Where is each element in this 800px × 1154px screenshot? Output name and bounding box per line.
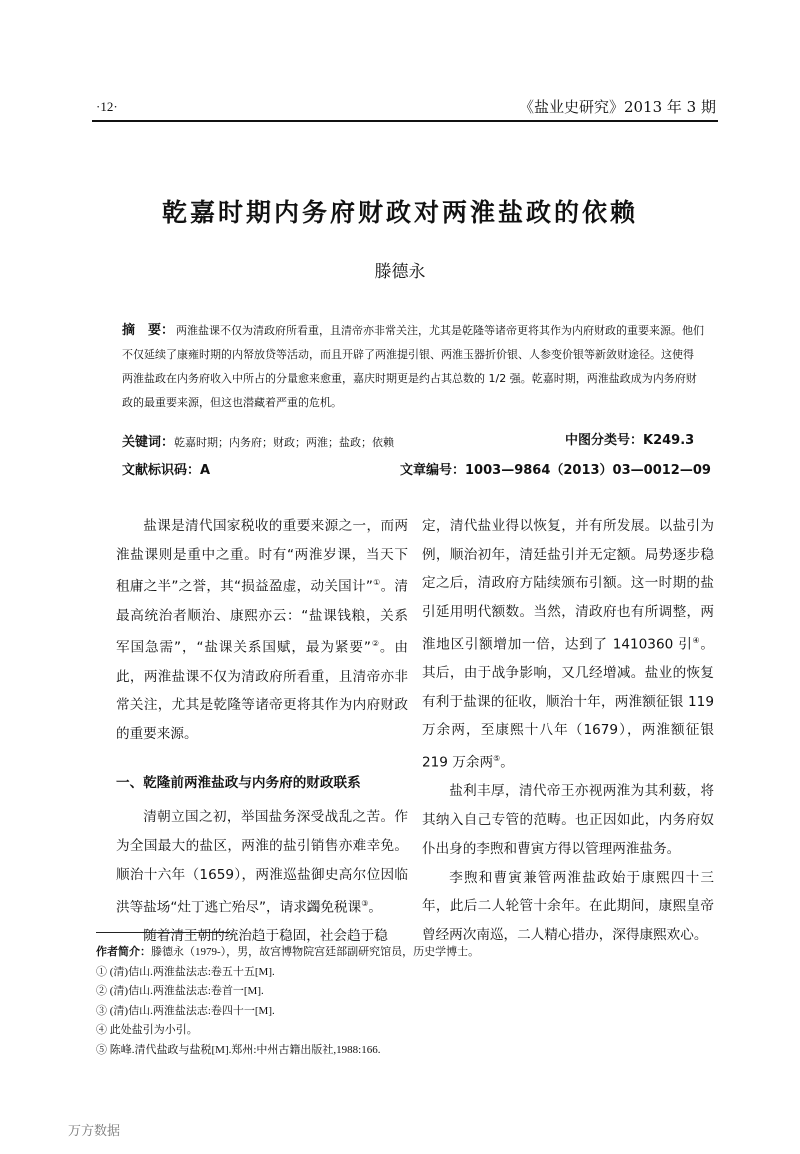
footnote-divider bbox=[96, 932, 230, 933]
footnote-item: ① (清)佶山.两淮盐法志:卷五十五[M]. bbox=[96, 963, 479, 983]
author-bio: 作者简介：滕德永（1979-），男，故宫博物院宫廷部副研究馆员，历史学博士。 bbox=[96, 942, 479, 963]
doc-code-label: 文献标识码： bbox=[122, 463, 200, 478]
clc-number: 中图分类号：K249.3 bbox=[565, 429, 694, 448]
keywords: 关键词：乾嘉时期；内务府；财政；两淮；盐政；依赖 bbox=[122, 431, 394, 450]
paragraph: 李煦和曹寅兼管两淮盐政始于康熙四十三年，此后二人轮管十余年。在此期间，康熙皇帝曾… bbox=[422, 864, 714, 950]
journal-issue: 《盐业史研究》2013 年 3 期 bbox=[519, 96, 716, 117]
footnote-ref[interactable]: ② bbox=[371, 639, 380, 648]
article-title: 乾嘉时期内务府财政对两淮盐政的依赖 bbox=[0, 193, 800, 229]
article-author: 滕德永 bbox=[0, 257, 800, 282]
footnote-ref[interactable]: ① bbox=[373, 578, 381, 587]
footnote-item: ③ (清)佶山.两淮盐法志:卷四十一[M]. bbox=[96, 1002, 479, 1022]
clc-value: K249.3 bbox=[643, 433, 694, 448]
doc-code-value: A bbox=[200, 463, 210, 478]
section-heading: 一、乾隆前两淮盐政与内务府的财政联系 bbox=[116, 769, 408, 798]
body-right-column: 定，清代盐业得以恢复，并有所发展。以盐引为例，顺治初年，清廷盐引并无定额。局势逐… bbox=[422, 512, 714, 950]
keywords-label: 关键词： bbox=[122, 435, 174, 450]
article-no-label: 文章编号： bbox=[400, 463, 465, 478]
article-no-value: 1003—9864（2013）03—0012—09 bbox=[465, 463, 711, 478]
page-number: ·12· bbox=[96, 99, 118, 115]
abstract-text: 两淮盐课不仅为清政府所看重，且清帝亦非常关注，尤其是乾隆等诸帝更将其作为内府财政… bbox=[122, 324, 704, 409]
paragraph: 盐利丰厚，清代帝王亦视两淮为其利薮，将其纳入自己专管的范畴。也正因如此，内务府奴… bbox=[422, 777, 714, 863]
body-left-column: 盐课是清代国家税收的重要来源之一，而两淮盐课则是重中之重。时有“两淮岁课，当天下… bbox=[116, 512, 408, 950]
keywords-value: 乾嘉时期；内务府；财政；两淮；盐政；依赖 bbox=[174, 436, 394, 449]
abstract: 摘 要：两淮盐课不仅为清政府所看重，且清帝亦非常关注，尤其是乾隆等诸帝更将其作为… bbox=[122, 319, 704, 415]
paragraph: 盐课是清代国家税收的重要来源之一，而两淮盐课则是重中之重。时有“两淮岁课，当天下… bbox=[116, 512, 408, 749]
footnotes: 作者简介：滕德永（1979-），男，故宫博物院宫廷部副研究馆员，历史学博士。 ①… bbox=[96, 942, 479, 1060]
watermark: 万方数据 bbox=[68, 1120, 120, 1139]
clc-label: 中图分类号： bbox=[565, 433, 643, 448]
footnote-item: ② (清)佶山.两淮盐法志:卷首一[M]. bbox=[96, 982, 479, 1002]
article-number: 文章编号：1003—9864（2013）03—0012—09 bbox=[400, 459, 711, 478]
footnote-item: ④ 此处盐引为小引。 bbox=[96, 1021, 479, 1041]
footnote-item: ⑤ 陈峰.清代盐政与盐税[M].郑州:中州古籍出版社,1988:166. bbox=[96, 1041, 479, 1061]
header-divider bbox=[92, 120, 718, 122]
abstract-label: 摘 要： bbox=[122, 323, 174, 338]
paragraph: 定，清代盐业得以恢复，并有所发展。以盐引为例，顺治初年，清廷盐引并无定额。局势逐… bbox=[422, 512, 714, 777]
document-code: 文献标识码：A bbox=[122, 459, 210, 478]
paragraph: 清朝立国之初，举国盐务深受战乱之苦。作为全国最大的盐区，两淮的盐引销售亦难幸免。… bbox=[116, 803, 408, 921]
